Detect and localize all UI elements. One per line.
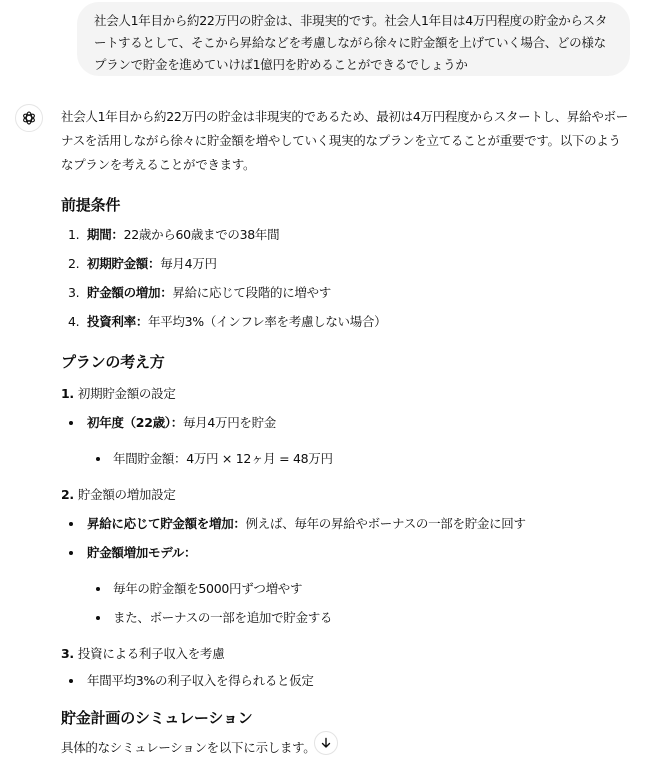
- list-item: 4. 投資利率：年平均3%（インフレ率を考慮しない場合）: [61, 311, 631, 333]
- intro-paragraph: 社会人1年目から約22万円の貯金は非現実的であるため、最初は4万円程度からスター…: [61, 105, 631, 177]
- list-item: 昇給に応じて貯金額を増加：例えば、毎年の昇給やボーナスの一部を貯金に回す: [61, 513, 631, 535]
- nested-list-item: 年間貯金額：4万円 × 12ヶ月 = 48万円: [61, 448, 631, 470]
- scroll-to-bottom-button[interactable]: [314, 731, 338, 755]
- subheading-increase-settings: 2. 貯金額の増加設定: [61, 484, 631, 506]
- list-item: 2. 初期貯金額：毎月4万円: [61, 253, 631, 275]
- nested-list-item: 毎年の貯金額を5000円ずつ増やす: [61, 578, 631, 600]
- list-item: 1. 期間：22歳から60歳までの38年間: [61, 224, 631, 246]
- bullet: [96, 457, 100, 461]
- chat-page: 社会人1年目から約22万円の貯金は、非現実的です。社会人1年目は4万円程度の貯金…: [0, 0, 656, 762]
- list-item: 初年度（22歳）：毎月4万円を貯金: [61, 412, 631, 434]
- arrow-down-icon: [320, 737, 332, 749]
- section-heading-plan: プランの考え方: [61, 350, 631, 374]
- nested-list-item: また、ボーナスの一部を追加で貯金する: [61, 607, 631, 629]
- bullet: [96, 587, 100, 591]
- user-message-bubble: 社会人1年目から約22万円の貯金は、非現実的です。社会人1年目は4万円程度の貯金…: [77, 2, 630, 76]
- subheading-interest-income: 3. 投資による利子収入を考慮: [61, 643, 631, 665]
- bullet: [69, 421, 73, 425]
- subheading-initial-savings: 1. 初期貯金額の設定: [61, 383, 631, 405]
- section-heading-simulation: 貯金計画のシミュレーション: [61, 706, 631, 730]
- assistant-message: 社会人1年目から約22万円の貯金は非現実的であるため、最初は4万円程度からスター…: [61, 105, 631, 760]
- simulation-text: 具体的なシミュレーションを以下に示します。: [61, 736, 631, 760]
- bullet: [69, 522, 73, 526]
- assistant-avatar: [15, 104, 43, 132]
- openai-logo-icon: [21, 110, 37, 126]
- user-message-text: 社会人1年目から約22万円の貯金は、非現実的です。社会人1年目は4万円程度の貯金…: [94, 13, 607, 72]
- premises-list: 1. 期間：22歳から60歳までの38年間 2. 初期貯金額：毎月4万円 3. …: [61, 224, 631, 333]
- list-item: 年間平均3%の利子収入を得られると仮定: [61, 670, 631, 692]
- bullet: [69, 551, 73, 555]
- section-heading-premises: 前提条件: [61, 193, 631, 217]
- list-item: 3. 貯金額の増加：昇給に応じて段階的に増やす: [61, 282, 631, 304]
- list-item: 貯金額増加モデル：: [61, 542, 631, 564]
- bullet: [96, 616, 100, 620]
- bullet: [69, 679, 73, 683]
